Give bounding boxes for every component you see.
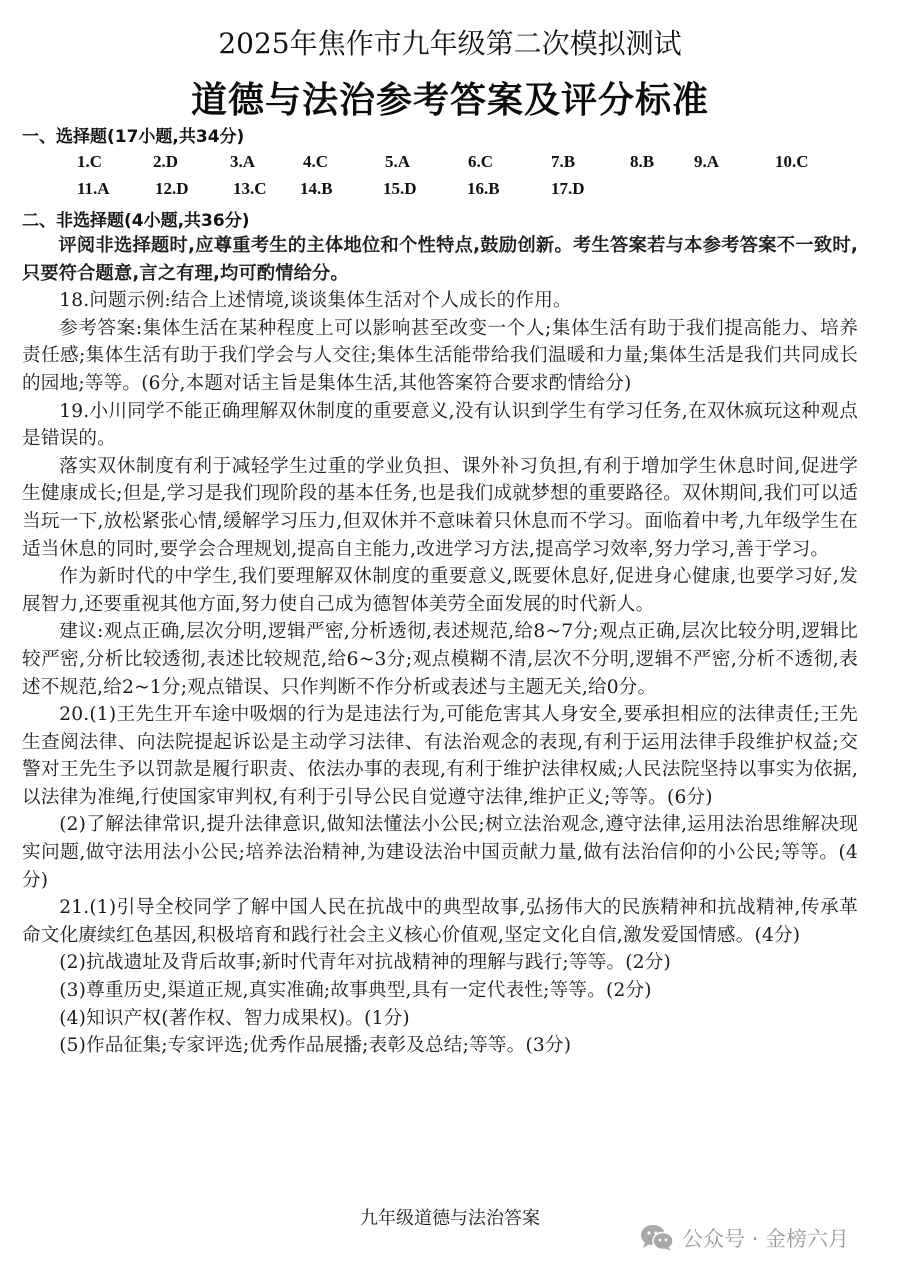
answers-row-1: 1.C 2.D 3.A 4.C 5.A 6.C 7.B 8.B 9.A 10.C — [0, 152, 900, 176]
question-19-conclusion: 作为新时代的中学生,我们要理解双休制度的重要意义,既要休息好,促进身心健康,也要… — [22, 563, 858, 618]
answer-item: 2.D — [153, 152, 178, 172]
question-18-answer: 参考答案:集体生活在某种程度上可以影响甚至改变一个人;集体生活有助于我们提高能力… — [22, 315, 858, 398]
section2-heading: 二、非选择题(4小题,共36分) — [22, 206, 249, 231]
document-title: 道德与法治参考答案及评分标准 — [0, 72, 900, 123]
wechat-icon — [640, 1224, 674, 1252]
question-19-analysis: 落实双休制度有利于减轻学生过重的学业负担、课外补习负担,有利于增加学生休息时间,… — [22, 453, 858, 563]
section1-heading: 一、选择题(17小题,共34分) — [22, 122, 244, 147]
question-19-judgement: 19.小川同学不能正确理解双休制度的重要意义,没有认识到学生有学习任务,在双休疯… — [22, 398, 858, 453]
answer-item: 11.A — [77, 179, 110, 199]
answer-item: 3.A — [230, 152, 255, 172]
question-20-part1: 20.(1)王先生开车途中吸烟的行为是违法行为,可能危害其人身安全,要承担相应的… — [22, 701, 858, 811]
watermark: 公众号 · 金榜六月 — [640, 1222, 849, 1254]
question-21-part1: 21.(1)引导全校同学了解中国人民在抗战中的典型故事,弘扬伟大的民族精神和抗战… — [22, 894, 858, 949]
section2-body: 评阅非选择题时,应尊重考生的主体地位和个性特点,鼓励创新。考生答案若与本参考答案… — [22, 232, 858, 1060]
grading-note: 评阅非选择题时,应尊重考生的主体地位和个性特点,鼓励创新。考生答案若与本参考答案… — [22, 232, 858, 287]
answer-item: 12.D — [155, 179, 189, 199]
question-20-part2: (2)了解法律常识,提升法律意识,做知法懂法小公民;树立法治观念,遵守法律,运用… — [22, 811, 858, 894]
question-18-prompt: 18.问题示例:结合上述情境,谈谈集体生活对个人成长的作用。 — [22, 287, 858, 315]
answer-item: 16.B — [467, 179, 500, 199]
answer-item: 8.B — [630, 152, 654, 172]
answer-item: 13.C — [233, 179, 267, 199]
answer-item: 6.C — [468, 152, 493, 172]
question-21-part2: (2)抗战遗址及背后故事;新时代青年对抗战精神的理解与践行;等等。(2分) — [22, 949, 858, 977]
answer-item: 4.C — [303, 152, 328, 172]
answers-row-2: 11.A 12.D 13.C 14.B 15.D 16.B 17.D — [0, 179, 900, 203]
question-21-part5: (5)作品征集;专家评选;优秀作品展播;表彰及总结;等等。(3分) — [22, 1032, 858, 1060]
answer-item: 14.B — [300, 179, 333, 199]
answer-sheet-page: 2025年焦作市九年级第二次模拟测试 道德与法治参考答案及评分标准 一、选择题(… — [0, 0, 900, 1273]
exam-title: 2025年焦作市九年级第二次模拟测试 — [0, 22, 900, 62]
answer-item: 17.D — [551, 179, 585, 199]
answer-item: 10.C — [775, 152, 809, 172]
watermark-text: 公众号 · 金榜六月 — [682, 1223, 849, 1253]
answer-item: 1.C — [77, 152, 102, 172]
answer-item: 9.A — [694, 152, 719, 172]
question-21-part4: (4)知识产权(著作权、智力成果权)。(1分) — [22, 1005, 858, 1033]
answer-item: 5.A — [385, 152, 410, 172]
question-19-rubric: 建议:观点正确,层次分明,逻辑严密,分析透彻,表述规范,给8~7分;观点正确,层… — [22, 618, 858, 701]
answer-item: 15.D — [383, 179, 417, 199]
question-21-part3: (3)尊重历史,渠道正规,真实准确;故事典型,具有一定代表性;等等。(2分) — [22, 977, 858, 1005]
answer-item: 7.B — [551, 152, 575, 172]
